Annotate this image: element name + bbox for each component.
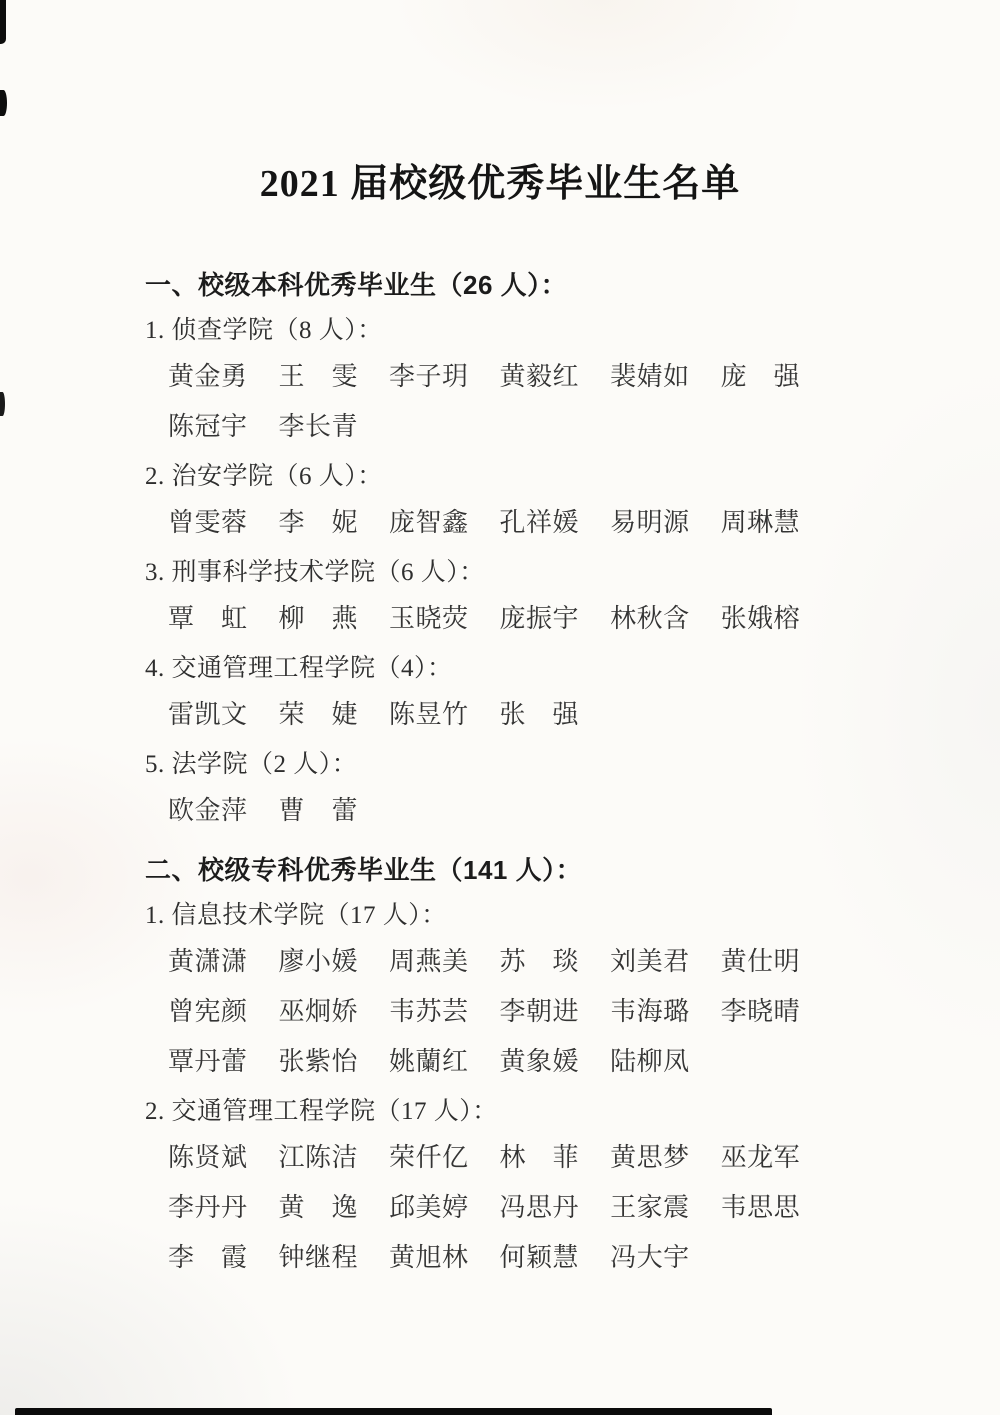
graduate-name: 欧金萍	[168, 796, 248, 826]
name-row: 欧金萍曹 蕾	[145, 796, 855, 830]
graduate-name: 庞智鑫	[389, 508, 469, 538]
name-row: 覃丹蕾张紫怡姚蘭红黄象媛陆柳凤	[145, 1047, 855, 1081]
name-row: 雷凯文荣 婕陈昱竹张 强	[145, 700, 855, 734]
graduate-name: 玉晓荧	[389, 604, 469, 634]
name-row: 陈贤斌江陈洁荣仟亿林 菲黄思梦巫龙军	[145, 1143, 855, 1177]
graduate-name: 王家震	[610, 1193, 690, 1223]
graduate-name: 冯思丹	[500, 1193, 580, 1223]
graduate-section: 一、校级本科优秀毕业生（26 人）：1. 侦查学院（8 人）：黄金勇王 雯李子玥…	[145, 270, 855, 830]
section-heading: 二、校级专科优秀毕业生（141 人）：	[145, 855, 855, 885]
graduate-name: 陈昱竹	[389, 700, 469, 730]
graduate-name: 冯大宇	[610, 1243, 690, 1273]
graduate-name: 庞 强	[721, 362, 801, 392]
graduate-name: 韦思思	[721, 1193, 801, 1223]
name-row: 曾宪颜巫炯娇韦苏芸李朝进韦海璐李晓晴	[145, 997, 855, 1031]
graduate-name: 黄旭林	[389, 1243, 469, 1273]
graduate-name: 韦海璐	[610, 997, 690, 1027]
scan-artifact-bottom-band	[15, 1408, 772, 1415]
graduate-name: 陆柳凤	[610, 1047, 690, 1077]
name-row: 陈冠宇李长青	[145, 412, 855, 446]
graduate-name: 覃 虹	[168, 604, 248, 634]
graduate-name: 黄思梦	[610, 1143, 690, 1173]
graduate-name: 李朝进	[500, 997, 580, 1027]
document-content: 2021 届校级优秀毕业生名单 一、校级本科优秀毕业生（26 人）：1. 侦查学…	[0, 0, 1000, 1277]
graduate-name: 苏 琰	[500, 947, 580, 977]
graduate-name: 何颖慧	[500, 1243, 580, 1273]
graduate-name: 邱美婷	[389, 1193, 469, 1223]
graduate-name: 巫龙军	[721, 1143, 801, 1173]
college-label: 4. 交通管理工程学院（4）：	[145, 654, 855, 684]
graduate-name: 黄金勇	[168, 362, 248, 392]
name-row: 覃 虹柳 燕玉晓荧庞振宇林秋含张娥榕	[145, 604, 855, 638]
graduate-name: 周琳慧	[721, 508, 801, 538]
college-label: 3. 刑事科学技术学院（6 人）：	[145, 558, 855, 588]
name-row: 黄金勇王 雯李子玥黄毅红裴婧如庞 强	[145, 362, 855, 396]
graduate-name: 韦苏芸	[389, 997, 469, 1027]
college-label: 1. 信息技术学院（17 人）：	[145, 901, 855, 931]
graduate-name: 裴婧如	[610, 362, 690, 392]
graduate-name: 雷凯文	[168, 700, 248, 730]
graduate-name: 林 菲	[500, 1143, 580, 1173]
graduate-name: 李长青	[279, 412, 359, 442]
document-title: 2021 届校级优秀毕业生名单	[145, 0, 855, 208]
graduate-name: 曾宪颜	[168, 997, 248, 1027]
graduate-section: 二、校级专科优秀毕业生（141 人）：1. 信息技术学院（17 人）：黄潇潇廖小…	[145, 855, 855, 1277]
graduate-name: 陈冠宇	[168, 412, 248, 442]
graduate-name: 陈贤斌	[168, 1143, 248, 1173]
graduate-name: 荣 婕	[279, 700, 359, 730]
graduate-name: 林秋含	[610, 604, 690, 634]
graduate-name: 黄象媛	[500, 1047, 580, 1077]
graduate-name: 王 雯	[279, 362, 359, 392]
graduate-name: 孔祥媛	[500, 508, 580, 538]
name-row: 李 霞钟继程黄旭林何颖慧冯大宇	[145, 1243, 855, 1277]
college-label: 1. 侦查学院（8 人）：	[145, 316, 855, 346]
name-row: 李丹丹黄 逸邱美婷冯思丹王家震韦思思	[145, 1193, 855, 1227]
name-row: 黄潇潇廖小媛周燕美苏 琰刘美君黄仕明	[145, 947, 855, 981]
graduate-name: 张紫怡	[279, 1047, 359, 1077]
graduate-name: 廖小媛	[279, 947, 359, 977]
scanned-document-page: 2021 届校级优秀毕业生名单 一、校级本科优秀毕业生（26 人）：1. 侦查学…	[0, 0, 1000, 1415]
college-label: 2. 交通管理工程学院（17 人）：	[145, 1097, 855, 1127]
graduate-name: 柳 燕	[279, 604, 359, 634]
graduate-name: 易明源	[610, 508, 690, 538]
graduate-name: 刘美君	[610, 947, 690, 977]
graduate-name: 黄仕明	[721, 947, 801, 977]
sections-container: 一、校级本科优秀毕业生（26 人）：1. 侦查学院（8 人）：黄金勇王 雯李子玥…	[145, 270, 855, 1277]
graduate-name: 张 强	[500, 700, 580, 730]
graduate-name: 李 霞	[168, 1243, 248, 1273]
graduate-name: 巫炯娇	[279, 997, 359, 1027]
graduate-name: 曹 蕾	[279, 796, 359, 826]
graduate-name: 黄潇潇	[168, 947, 248, 977]
graduate-name: 覃丹蕾	[168, 1047, 248, 1077]
graduate-name: 李晓晴	[721, 997, 801, 1027]
graduate-name: 钟继程	[279, 1243, 359, 1273]
college-label: 2. 治安学院（6 人）：	[145, 462, 855, 492]
graduate-name: 黄毅红	[500, 362, 580, 392]
graduate-name: 李丹丹	[168, 1193, 248, 1223]
graduate-name: 周燕美	[389, 947, 469, 977]
graduate-name: 江陈洁	[279, 1143, 359, 1173]
graduate-name: 曾雯蓉	[168, 508, 248, 538]
college-label: 5. 法学院（2 人）：	[145, 750, 855, 780]
section-heading: 一、校级本科优秀毕业生（26 人）：	[145, 270, 855, 300]
graduate-name: 庞振宇	[500, 604, 580, 634]
graduate-name: 张娥榕	[721, 604, 801, 634]
graduate-name: 荣仟亿	[389, 1143, 469, 1173]
graduate-name: 李子玥	[389, 362, 469, 392]
graduate-name: 姚蘭红	[389, 1047, 469, 1077]
graduate-name: 黄 逸	[279, 1193, 359, 1223]
graduate-name: 李 妮	[279, 508, 359, 538]
name-row: 曾雯蓉李 妮庞智鑫孔祥媛易明源周琳慧	[145, 508, 855, 542]
